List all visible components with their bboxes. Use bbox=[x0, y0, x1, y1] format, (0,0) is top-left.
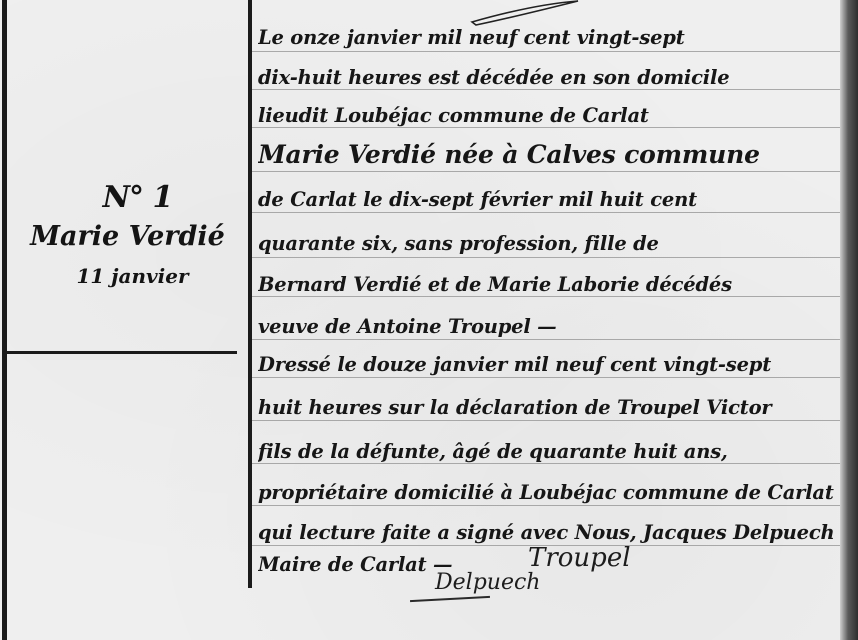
entry-number: N° 1 bbox=[30, 180, 245, 215]
entry-line-8: veuve de Antoine Troupel — bbox=[258, 315, 850, 338]
ruled-line bbox=[252, 420, 840, 421]
entry-line-1: Le onze janvier mil neuf cent vingt-sept bbox=[258, 26, 850, 49]
signature-declarant: Troupel bbox=[528, 543, 631, 573]
entry-line-4: Marie Verdié née à Calves commune bbox=[258, 140, 850, 169]
ruled-line bbox=[252, 127, 840, 128]
ruled-line bbox=[252, 257, 840, 258]
entry-line-13: qui lecture faite a signé avec Nous, Jac… bbox=[258, 521, 850, 544]
entry-line-12: propriétaire domicilié à Loubéjac commun… bbox=[258, 481, 850, 504]
ruled-line bbox=[252, 212, 840, 213]
ruled-line bbox=[252, 89, 840, 90]
ruled-line bbox=[252, 296, 840, 297]
signature-mayor: Delpuech bbox=[435, 570, 540, 595]
pen-stroke-mark bbox=[470, 0, 580, 26]
margin-note: N° 1 Marie Verdié 11 janvier bbox=[10, 180, 245, 288]
ruled-line bbox=[252, 171, 840, 172]
entry-line-10: huit heures sur la déclaration de Troupe… bbox=[258, 396, 850, 419]
entry-line-9: Dressé le douze janvier mil neuf cent vi… bbox=[258, 353, 850, 376]
ruled-line bbox=[252, 51, 840, 52]
entry-line-7: Bernard Verdié et de Marie Laborie décéd… bbox=[258, 273, 850, 296]
page-left-border bbox=[2, 0, 7, 640]
deceased-name-margin: Marie Verdié bbox=[10, 221, 245, 252]
ruled-line bbox=[252, 463, 840, 464]
entry-line-6: quarante six, sans profession, fille de bbox=[258, 232, 850, 255]
ruled-line bbox=[252, 505, 840, 506]
ruled-line bbox=[252, 339, 840, 340]
entry-date-margin: 11 janvier bbox=[20, 264, 245, 288]
signature-flourish bbox=[410, 596, 490, 602]
entry-line-3: lieudit Loubéjac commune de Carlat bbox=[258, 104, 850, 127]
margin-separator-rule bbox=[7, 351, 237, 354]
register-page: N° 1 Marie Verdié 11 janvier Le onze jan… bbox=[0, 0, 858, 640]
entry-line-5: de Carlat le dix-sept février mil huit c… bbox=[258, 188, 850, 211]
entry-line-11: fils de la défunte, âgé de quarante huit… bbox=[258, 440, 850, 463]
ruled-line bbox=[252, 377, 840, 378]
entry-line-2: dix-huit heures est décédée en son domic… bbox=[258, 66, 850, 89]
